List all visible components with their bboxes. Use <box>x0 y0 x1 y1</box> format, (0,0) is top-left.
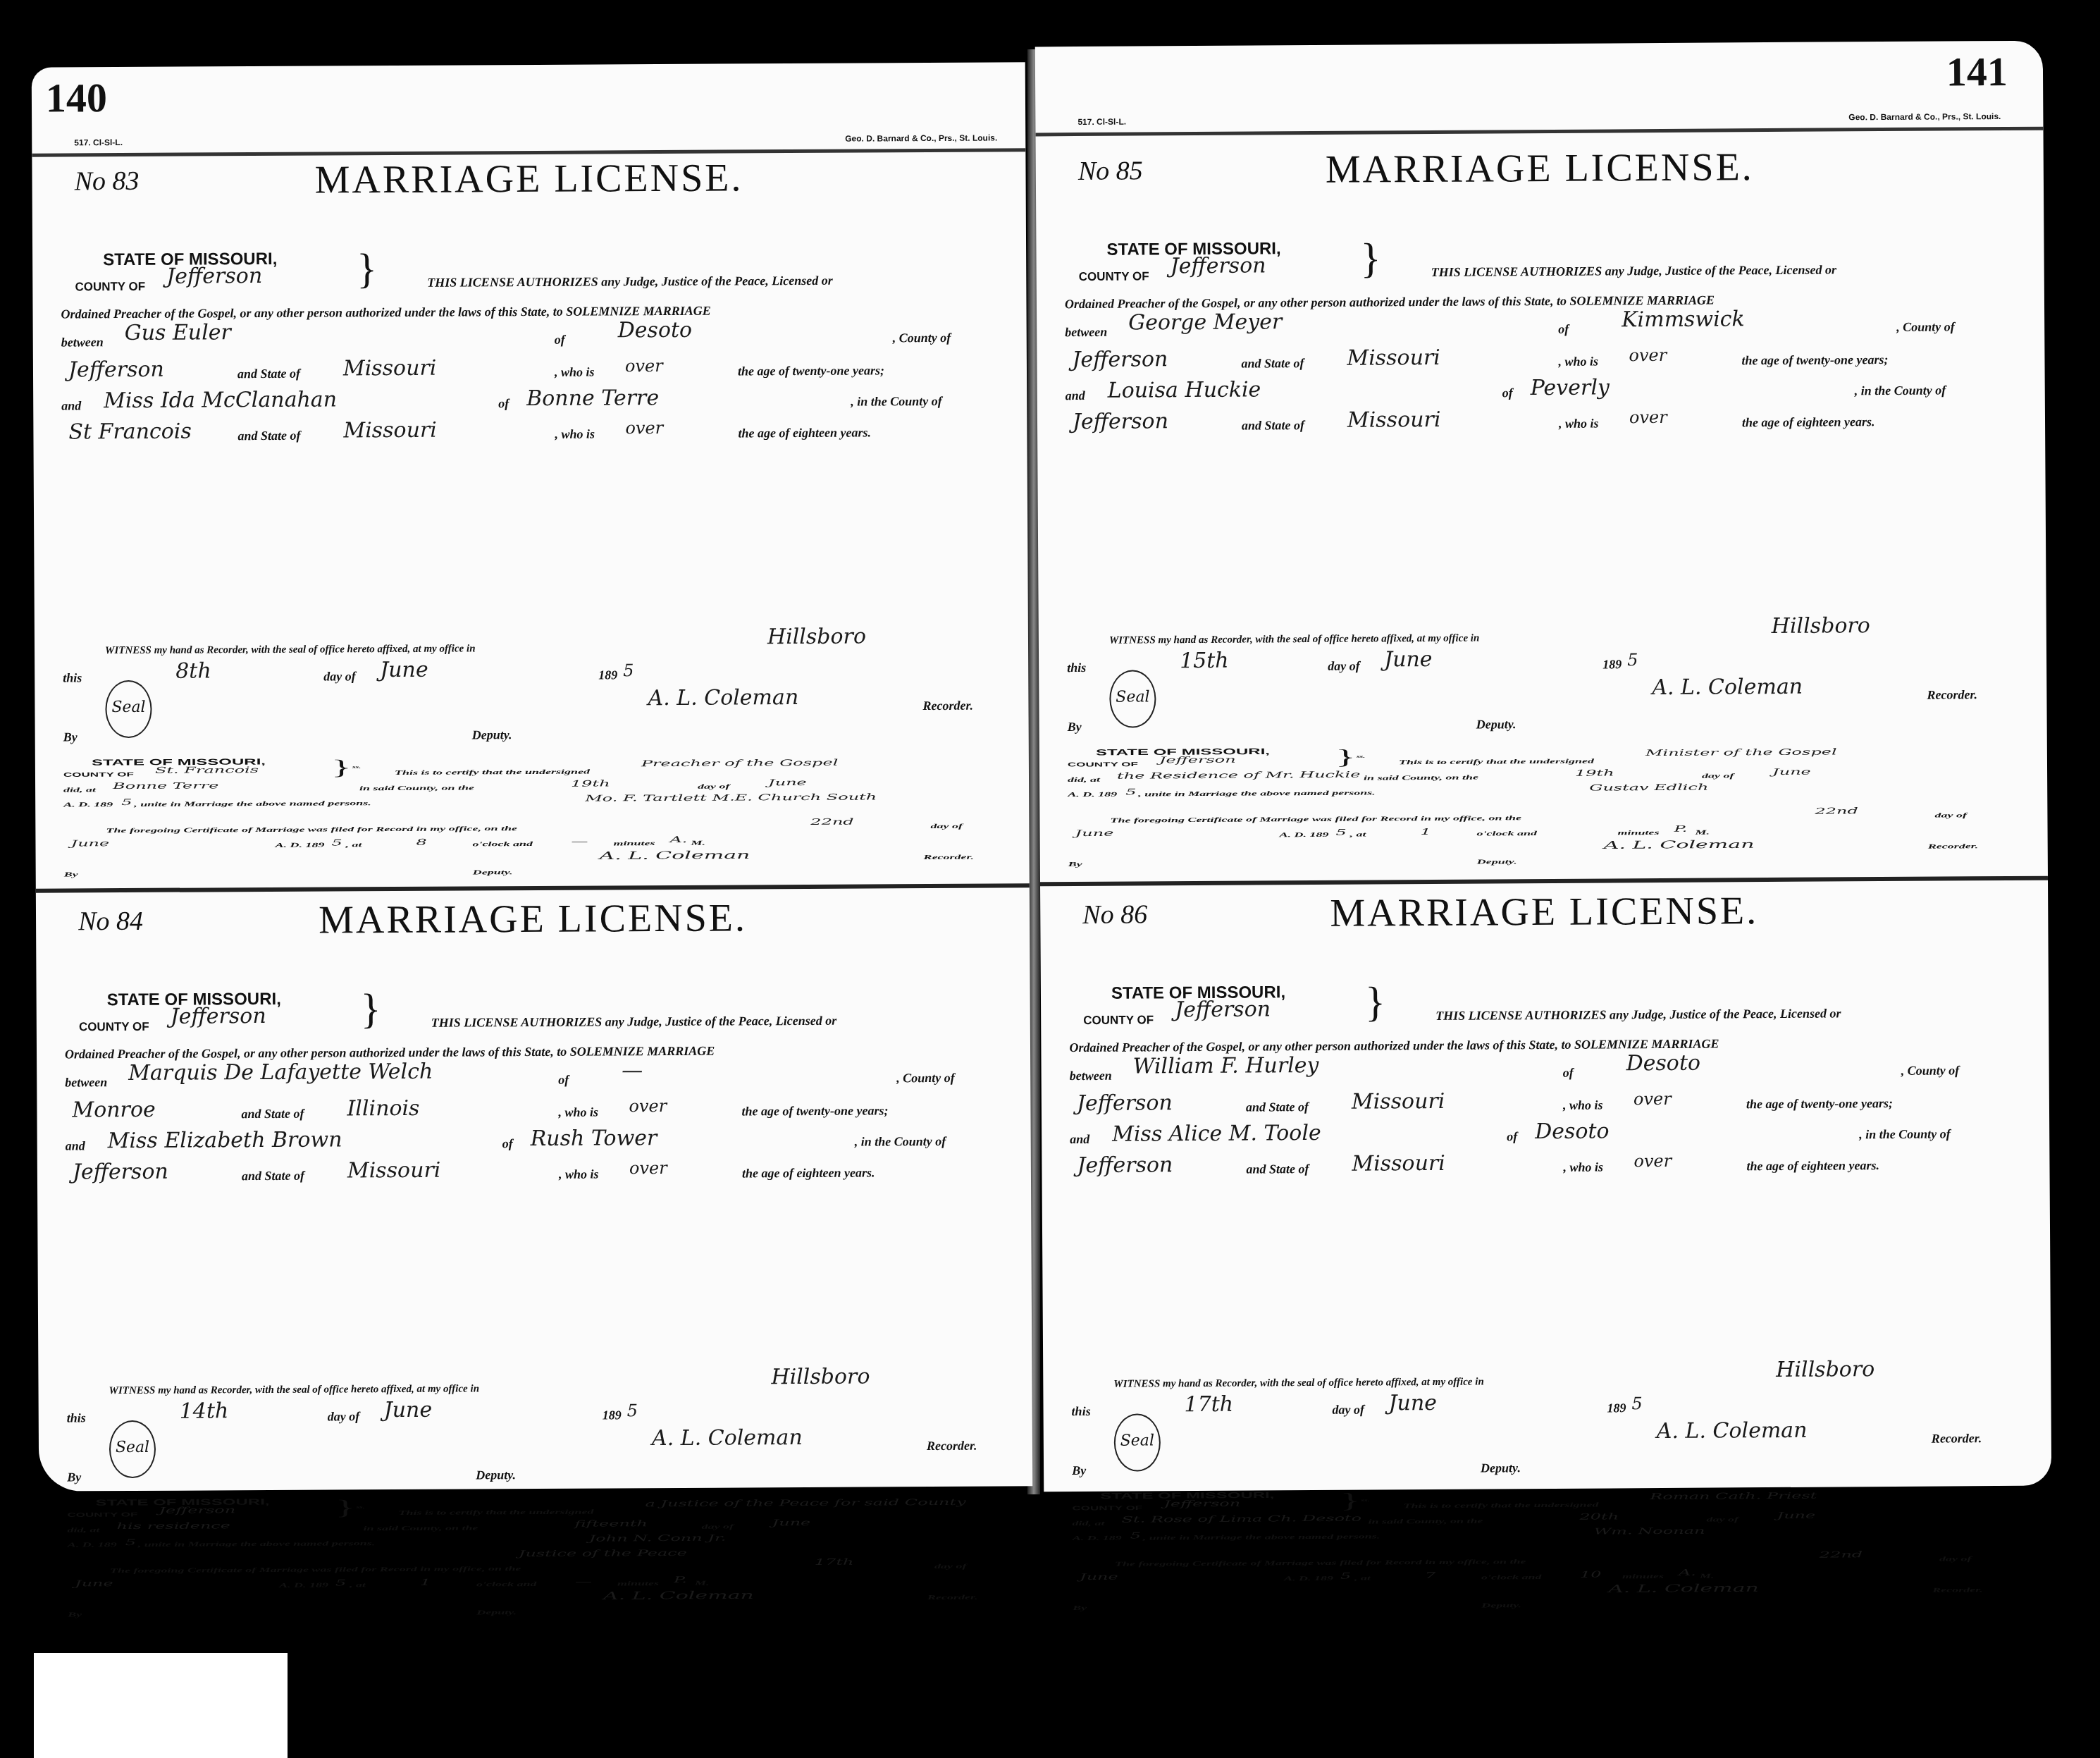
brace: } <box>331 756 352 777</box>
year-prefix: 189 <box>1602 657 1622 672</box>
ad-label: A. D. 189 <box>1284 1575 1333 1582</box>
deputy-label: Deputy. <box>1481 1461 1521 1475</box>
ss-label: ss. <box>352 764 361 770</box>
marriage-month: June <box>772 1518 811 1528</box>
page-number: 140 <box>46 74 107 121</box>
certify-text: This is to certify that the undersigned <box>1403 1501 1598 1510</box>
filed-month: June <box>75 1578 113 1588</box>
groom-residence: Desoto <box>618 318 693 343</box>
license-title: MARRIAGE LICENSE. <box>60 154 997 204</box>
groom-state: Missouri <box>1352 1089 1445 1114</box>
officiant-title: Minister of the Gospel <box>1645 746 1837 758</box>
of-label: of <box>1507 1129 1517 1144</box>
at-label: , at <box>1354 1575 1371 1582</box>
issue-month: June <box>1388 1391 1437 1415</box>
groom-name: Marquis De Lafayette Welch <box>128 1059 433 1086</box>
and-label: and <box>66 1138 85 1153</box>
groom-age: over <box>1629 345 1667 365</box>
and-state-label: and State of <box>237 429 300 443</box>
day-of-label: day of <box>930 823 963 830</box>
minutes-label: minutes <box>1618 829 1660 837</box>
county-label: COUNTY OF <box>1083 1013 1154 1028</box>
right-page: 141 517. Cl-Sl-L. Geo. D. Barnard & Co.,… <box>1035 41 2051 1492</box>
foregoing-text: The foregoing Certificate of Marriage wa… <box>106 825 517 835</box>
day-of-label: day of <box>323 669 356 684</box>
filed-hour: 8 <box>416 837 426 847</box>
by-label: By <box>63 730 78 744</box>
unite-text: , unite in Marriage the above named pers… <box>134 799 371 808</box>
this-label: this <box>63 670 82 685</box>
filed-month: June <box>1075 828 1114 838</box>
day-of-label: day of <box>702 1523 734 1531</box>
officiant-title: a Justice of the Peace for said County <box>645 1497 965 1508</box>
issue-year-digit: 5 <box>627 1401 638 1420</box>
day-of-label: day of <box>1707 1516 1739 1523</box>
filed-minutes: — <box>575 1577 592 1587</box>
m-label: M. <box>691 840 705 847</box>
brace: } <box>335 1496 355 1518</box>
did-at-label: did, at <box>1073 1520 1105 1528</box>
authorizes-line-1: THIS LICENSE AUTHORIZES any Judge, Justi… <box>1431 262 1836 280</box>
of-label: of <box>502 1136 513 1151</box>
marriage-certificate: STATE OF MISSOURI, COUNTY OF Jefferson }… <box>67 1494 1005 1625</box>
filed-day: 17th <box>815 1557 854 1567</box>
oclock-label: o'clock and <box>472 840 533 848</box>
officiant-signature: Mo. F. Tartlett M.E. Church South <box>585 792 877 803</box>
foregoing-text: The foregoing Certificate of Marriage wa… <box>1115 1558 1526 1568</box>
and-state-label: and State of <box>241 1107 304 1121</box>
deputy-label: Deputy. <box>476 1468 516 1482</box>
marriage-year-digit: 5 <box>1130 1531 1141 1541</box>
ad-label: A. D. 189 <box>1280 831 1329 839</box>
filed-month: June <box>1080 1572 1118 1582</box>
minutes-label: minutes <box>1622 1573 1664 1580</box>
marriage-month: June <box>1772 767 1811 777</box>
county-of-label: , County of <box>896 1071 955 1086</box>
marriage-month: June <box>1777 1511 1815 1520</box>
officiant-title: Preacher of the Gospel <box>641 758 838 768</box>
and-label: and <box>1066 388 1085 403</box>
who-is-label: , who is <box>1563 1160 1603 1174</box>
unite-text: , unite in Marriage the above named pers… <box>1143 1532 1381 1542</box>
year-prefix: 189 <box>1607 1401 1626 1415</box>
foregoing-text: The foregoing Certificate of Marriage wa… <box>110 1565 521 1575</box>
of-label: of <box>558 1073 569 1088</box>
of-label: of <box>1558 322 1569 337</box>
this-label: this <box>67 1410 86 1425</box>
cert-county-value: Jefferson <box>1163 1499 1240 1509</box>
bride-county: St Francois <box>68 419 192 445</box>
groom-age: over <box>625 356 663 376</box>
county-of-label: , County of <box>893 331 951 345</box>
groom-state: Missouri <box>1347 345 1440 371</box>
authorizes-line-1: THIS LICENSE AUTHORIZES any Judge, Justi… <box>1435 1006 1841 1024</box>
recorder-signature: A. L. Coleman <box>1652 675 1803 700</box>
marriage-place: St. Rose of Lima Ch. Desoto <box>1121 1513 1361 1525</box>
by-label: By <box>1068 720 1082 734</box>
bride-name: Miss Elizabeth Brown <box>108 1127 342 1153</box>
office-location: Hillsboro <box>771 1365 870 1390</box>
of-label: of <box>555 333 565 348</box>
ss-label: ss. <box>1361 1498 1369 1504</box>
marriage-month: June <box>768 777 807 787</box>
day-of-label: day of <box>934 1563 967 1570</box>
groom-residence: Kimmswick <box>1622 307 1745 332</box>
minutes-label: minutes <box>613 840 655 847</box>
age-18-label: the age of eighteen years. <box>1742 414 1875 430</box>
foregoing-text: The foregoing Certificate of Marriage wa… <box>1110 814 1521 824</box>
county-of-label: , County of <box>1901 1063 1960 1078</box>
by-label: By <box>67 1470 81 1485</box>
printer-imprint: Geo. D. Barnard & Co., Prs., St. Louis. <box>845 133 997 144</box>
ad-label: A. D. 189 <box>1073 1535 1122 1542</box>
filed-ampm: P. <box>674 1575 687 1585</box>
filed-year-digit: 5 <box>335 1578 346 1587</box>
license-divider <box>1040 876 2048 887</box>
groom-county: Jefferson <box>68 357 164 383</box>
brace: } <box>1340 1490 1360 1511</box>
marriage-day: 19th <box>1575 768 1614 777</box>
officiant-signature: John N. Conn Jr. <box>589 1533 727 1544</box>
recorder-label: Recorder. <box>927 1594 978 1602</box>
deputy-label: Deputy. <box>476 1609 517 1616</box>
day-of-label: day of <box>1702 772 1734 780</box>
bride-age: over <box>629 1158 667 1178</box>
this-label: this <box>1067 660 1086 675</box>
oclock-label: o'clock and <box>1481 1573 1542 1581</box>
filed-minutes: — <box>571 837 588 847</box>
ad-label: A. D. 189 <box>275 842 324 849</box>
marriage-year-digit: 5 <box>121 797 132 807</box>
certify-text: This is to certify that the undersigned <box>398 1508 593 1517</box>
and-state-label: and State of <box>1246 1100 1309 1115</box>
at-label: , at <box>1350 831 1366 839</box>
license-85: No 85 MARRIAGE LICENSE. STATE OF MISSOUR… <box>1064 143 2020 875</box>
recorder-label: Recorder. <box>1928 842 1979 850</box>
deputy-label: Deputy. <box>1477 858 1517 866</box>
deputy-label: Deputy. <box>472 727 512 742</box>
of-label: of <box>1502 386 1513 400</box>
license-84: No 84 MARRIAGE LICENSE. STATE OF MISSOUR… <box>64 895 1005 1625</box>
bride-name: Louisa Huckie <box>1108 377 1261 402</box>
filing-recorder-signature: A. L. Coleman <box>603 1589 754 1602</box>
issue-day: 15th <box>1180 649 1229 673</box>
corner-white-box <box>34 1653 288 1758</box>
cert-county-label: COUNTY OF <box>1068 761 1138 769</box>
brace: } <box>1360 237 1381 279</box>
cert-county-value: Jefferson <box>1159 755 1236 766</box>
between-label: between <box>1070 1069 1112 1083</box>
form-number: 517. Cl-Sl-L. <box>1077 117 1126 127</box>
groom-county: Monroe <box>72 1098 155 1123</box>
brace: } <box>357 247 377 290</box>
recorder-label: Recorder. <box>927 1439 977 1453</box>
printer-imprint: Geo. D. Barnard & Co., Prs., St. Louis. <box>1848 111 2001 122</box>
license-title: MARRIAGE LICENSE. <box>64 895 1001 945</box>
in-county-label: , in the County of <box>1855 383 1946 399</box>
bride-state: Missouri <box>1347 407 1441 433</box>
between-label: between <box>1065 325 1107 340</box>
who-is-label: , who is <box>555 365 595 380</box>
county-label: COUNTY OF <box>79 1020 149 1035</box>
in-said-county-label: in said County, on the <box>359 784 474 792</box>
authorizes-line-1: THIS LICENSE AUTHORIZES any Judge, Justi… <box>431 1014 836 1031</box>
witness-text: WITNESS my hand as Recorder, with the se… <box>109 1383 479 1397</box>
license-title: MARRIAGE LICENSE. <box>1064 143 2015 194</box>
seal-mark: Seal <box>1109 670 1156 727</box>
marriage-day: 19th <box>571 778 610 788</box>
ss-label: ss. <box>356 1504 364 1510</box>
recorder-signature: A. L. Coleman <box>648 685 798 711</box>
bride-state: Missouri <box>347 1158 441 1184</box>
witness-text: WITNESS my hand as Recorder, with the se… <box>1113 1377 1484 1391</box>
recorder-signature: A. L. Coleman <box>652 1425 803 1451</box>
who-is-label: , who is <box>559 1167 599 1182</box>
marriage-year-digit: 5 <box>1125 787 1136 797</box>
in-said-county-label: in said County, on the <box>1369 1518 1483 1525</box>
filed-ampm: A. <box>669 835 687 844</box>
bride-residence: Peverly <box>1531 375 1610 400</box>
marriage-day: 20th <box>1579 1511 1619 1521</box>
bride-state: Missouri <box>1352 1151 1445 1176</box>
office-location: Hillsboro <box>1772 613 1870 639</box>
county-value: Jefferson <box>1175 997 1271 1022</box>
bride-county: Jefferson <box>1073 409 1168 434</box>
county-of-label: , County of <box>1896 319 1955 335</box>
bride-name: Miss Alice M. Toole <box>1112 1121 1321 1147</box>
groom-name: William F. Hurley <box>1132 1053 1318 1079</box>
license-title: MARRIAGE LICENSE. <box>1068 887 2020 938</box>
by-label: By <box>1072 1463 1086 1478</box>
filed-year-digit: 5 <box>1336 828 1347 837</box>
officiant-signature: Wm. Noonan <box>1594 1526 1705 1537</box>
and-state-label: and State of <box>1242 418 1304 434</box>
officiant-title: Roman Cath. Priest <box>1650 1491 1817 1501</box>
oclock-label: o'clock and <box>476 1580 537 1588</box>
cert-county-label: COUNTY OF <box>1072 1504 1142 1512</box>
and-state-label: and State of <box>1241 356 1304 371</box>
license-divider <box>36 883 1030 892</box>
day-of-label: day of <box>1939 1555 1972 1563</box>
seal-mark: Seal <box>109 1420 156 1478</box>
filed-hour: 7 <box>1425 1570 1435 1580</box>
marriage-day: fifteenth <box>575 1518 648 1529</box>
recorder-label: Recorder. <box>1927 687 1977 702</box>
age-21-label: the age of twenty-one years; <box>738 363 884 379</box>
county-value: Jefferson <box>1171 253 1266 278</box>
officiant-signature: Gustav Edlich <box>1589 782 1708 793</box>
groom-age: over <box>1633 1089 1672 1109</box>
groom-residence: — <box>622 1058 643 1083</box>
issue-day: 14th <box>180 1399 229 1423</box>
year-prefix: 189 <box>598 668 617 682</box>
issue-year-digit: 5 <box>623 660 634 680</box>
cert-county-label: COUNTY OF <box>67 1511 137 1519</box>
by-label: By <box>1068 861 1082 868</box>
who-is-label: , who is <box>558 1105 598 1120</box>
bride-name: Miss Ida McClanahan <box>104 387 337 413</box>
county-label: COUNTY OF <box>1079 269 1149 284</box>
cert-county-value: St. Francois <box>155 765 259 775</box>
filed-year-digit: 5 <box>331 837 342 847</box>
who-is-label: , who is <box>555 427 595 442</box>
filed-minutes: 10 <box>1580 1570 1602 1580</box>
groom-state: Missouri <box>343 356 437 381</box>
day-of-label: day of <box>698 783 730 791</box>
groom-county: Jefferson <box>1077 1090 1173 1116</box>
license-83: No 83 MARRIAGE LICENSE. STATE OF MISSOUR… <box>60 154 1001 885</box>
header-rule <box>1035 127 2043 137</box>
day-of-label: day of <box>1934 811 1967 819</box>
page-number: 141 <box>1946 48 2008 96</box>
cert-county-label: COUNTY OF <box>63 771 134 779</box>
bride-age: over <box>1633 1151 1672 1171</box>
office-location: Hillsboro <box>1776 1357 1874 1382</box>
recorder-label: Recorder. <box>1932 1586 1983 1594</box>
and-label: and <box>61 398 81 413</box>
county-value: Jefferson <box>171 1004 266 1029</box>
marriage-place: Bonne Terre <box>113 780 218 791</box>
cert-county-value: Jefferson <box>159 1505 235 1516</box>
office-location: Hillsboro <box>767 625 866 650</box>
filed-day: 22nd <box>1820 1549 1863 1559</box>
marriage-certificate: STATE OF MISSOURI, COUNTY OF Jefferson }… <box>1068 742 2020 875</box>
issue-month: June <box>384 1398 433 1422</box>
issue-day: 17th <box>1184 1392 1233 1417</box>
between-label: between <box>65 1075 107 1090</box>
age-18-label: the age of eighteen years. <box>1746 1158 1879 1174</box>
seal-mark: Seal <box>105 680 152 738</box>
ad-label: A. D. 189 <box>63 801 113 809</box>
this-label: this <box>1072 1404 1091 1419</box>
recorder-label: Recorder. <box>1932 1431 1982 1446</box>
authorizes-line-2: Ordained Preacher of the Gospel, or any … <box>1069 1036 1719 1055</box>
filed-month: June <box>70 838 109 848</box>
seal-mark: Seal <box>1114 1413 1161 1471</box>
in-county-label: , in the County of <box>855 1134 946 1150</box>
and-state-label: and State of <box>237 367 300 381</box>
groom-state: Illinois <box>347 1096 419 1121</box>
filed-day: 22nd <box>1815 806 1858 816</box>
unite-text: , unite in Marriage the above named pers… <box>138 1539 376 1548</box>
deputy-label: Deputy. <box>1481 1602 1521 1609</box>
and-state-label: and State of <box>1246 1162 1309 1177</box>
filing-recorder-signature: A. L. Coleman <box>1604 838 1755 852</box>
bride-county: Jefferson <box>1077 1152 1173 1178</box>
witness-text: WITNESS my hand as Recorder, with the se… <box>1109 633 1480 647</box>
m-label: M. <box>695 1580 710 1587</box>
county-value: Jefferson <box>166 264 262 289</box>
day-of-label: day of <box>328 1409 360 1424</box>
who-is-label: , who is <box>1559 417 1599 431</box>
certify-text: This is to certify that the undersigned <box>1399 758 1594 766</box>
recorder-label: Recorder. <box>922 699 973 713</box>
issue-month: June <box>1384 647 1433 672</box>
bride-age: over <box>625 418 663 438</box>
age-21-label: the age of twenty-one years; <box>1741 352 1888 368</box>
license-86: No 86 MARRIAGE LICENSE. STATE OF MISSOUR… <box>1068 887 2024 1618</box>
recorder-signature: A. L. Coleman <box>1657 1418 1808 1444</box>
bride-state: Missouri <box>343 418 437 443</box>
bride-age: over <box>1629 407 1667 427</box>
groom-age: over <box>629 1096 667 1116</box>
certify-text: This is to certify that the undersigned <box>395 768 590 777</box>
of-label: of <box>498 396 509 411</box>
who-is-label: , who is <box>1558 355 1598 369</box>
m-label: M. <box>1696 829 1710 837</box>
unite-text: , unite in Marriage the above named pers… <box>1138 789 1376 798</box>
filed-ampm: P. <box>1674 824 1688 834</box>
officiant-subtitle: Justice of the Peace <box>519 1548 687 1559</box>
issue-day: 8th <box>175 658 211 683</box>
issue-year-digit: 5 <box>1631 1394 1642 1413</box>
marriage-place: the Residence of Mr. Huckie <box>1117 770 1360 781</box>
issue-year-digit: 5 <box>1627 650 1638 670</box>
did-at-label: did, at <box>63 786 96 794</box>
filing-recorder-signature: A. L. Coleman <box>1608 1582 1759 1595</box>
day-of-label: day of <box>1328 659 1360 674</box>
year-prefix: 189 <box>603 1408 622 1422</box>
in-said-county-label: in said County, on the <box>364 1524 478 1532</box>
groom-county: Jefferson <box>1072 347 1168 372</box>
ss-label: ss. <box>1357 754 1365 760</box>
marriage-year-digit: 5 <box>125 1537 136 1547</box>
age-21-label: the age of twenty-one years; <box>741 1103 888 1119</box>
at-label: , at <box>350 1581 366 1589</box>
county-label: COUNTY OF <box>75 280 145 295</box>
marriage-certificate: STATE OF MISSOURI, COUNTY OF St. Francoi… <box>63 754 1001 885</box>
in-county-label: , in the County of <box>1859 1126 1951 1142</box>
filed-ampm: A. <box>1679 1568 1696 1578</box>
filed-day: 22nd <box>810 817 853 827</box>
in-said-county-label: in said County, on the <box>1364 774 1478 782</box>
marriage-place: his residence <box>117 1520 230 1531</box>
did-at-label: did, at <box>68 1526 100 1534</box>
minutes-label: minutes <box>617 1580 659 1587</box>
in-county-label: , in the County of <box>851 394 942 410</box>
bride-county: Jefferson <box>73 1160 168 1185</box>
deputy-label: Deputy. <box>473 868 513 876</box>
deputy-label: Deputy. <box>1476 717 1517 732</box>
bride-residence: Desoto <box>1535 1119 1610 1144</box>
brace: } <box>361 988 381 1030</box>
filed-year-digit: 5 <box>1340 1571 1351 1581</box>
brace: } <box>1335 746 1356 768</box>
at-label: , at <box>345 841 362 849</box>
oclock-label: o'clock and <box>1477 830 1538 837</box>
bride-residence: Bonne Terre <box>526 386 659 411</box>
issue-month: June <box>380 658 428 682</box>
marriage-certificate: STATE OF MISSOURI, COUNTY OF Jefferson }… <box>1072 1486 2024 1618</box>
m-label: M. <box>1700 1573 1715 1580</box>
groom-residence: Desoto <box>1626 1051 1700 1076</box>
of-label: of <box>1563 1066 1574 1081</box>
ad-label: A. D. 189 <box>68 1541 117 1549</box>
and-label: and <box>1070 1132 1089 1147</box>
authorizes-line-1: THIS LICENSE AUTHORIZES any Judge, Justi… <box>427 273 832 290</box>
form-number: 517. Cl-Sl-L. <box>74 137 123 147</box>
groom-name: George Meyer <box>1128 309 1282 335</box>
by-label: By <box>68 1611 82 1618</box>
age-21-label: the age of twenty-one years; <box>1746 1096 1893 1112</box>
groom-name: Gus Euler <box>125 320 231 345</box>
bride-residence: Rush Tower <box>531 1126 657 1151</box>
recorder-label: Recorder. <box>924 854 975 861</box>
ad-label: A. D. 189 <box>279 1582 328 1590</box>
age-18-label: the age of eighteen years. <box>738 425 871 441</box>
filed-hour: 1 <box>420 1578 431 1587</box>
by-label: By <box>64 871 78 878</box>
